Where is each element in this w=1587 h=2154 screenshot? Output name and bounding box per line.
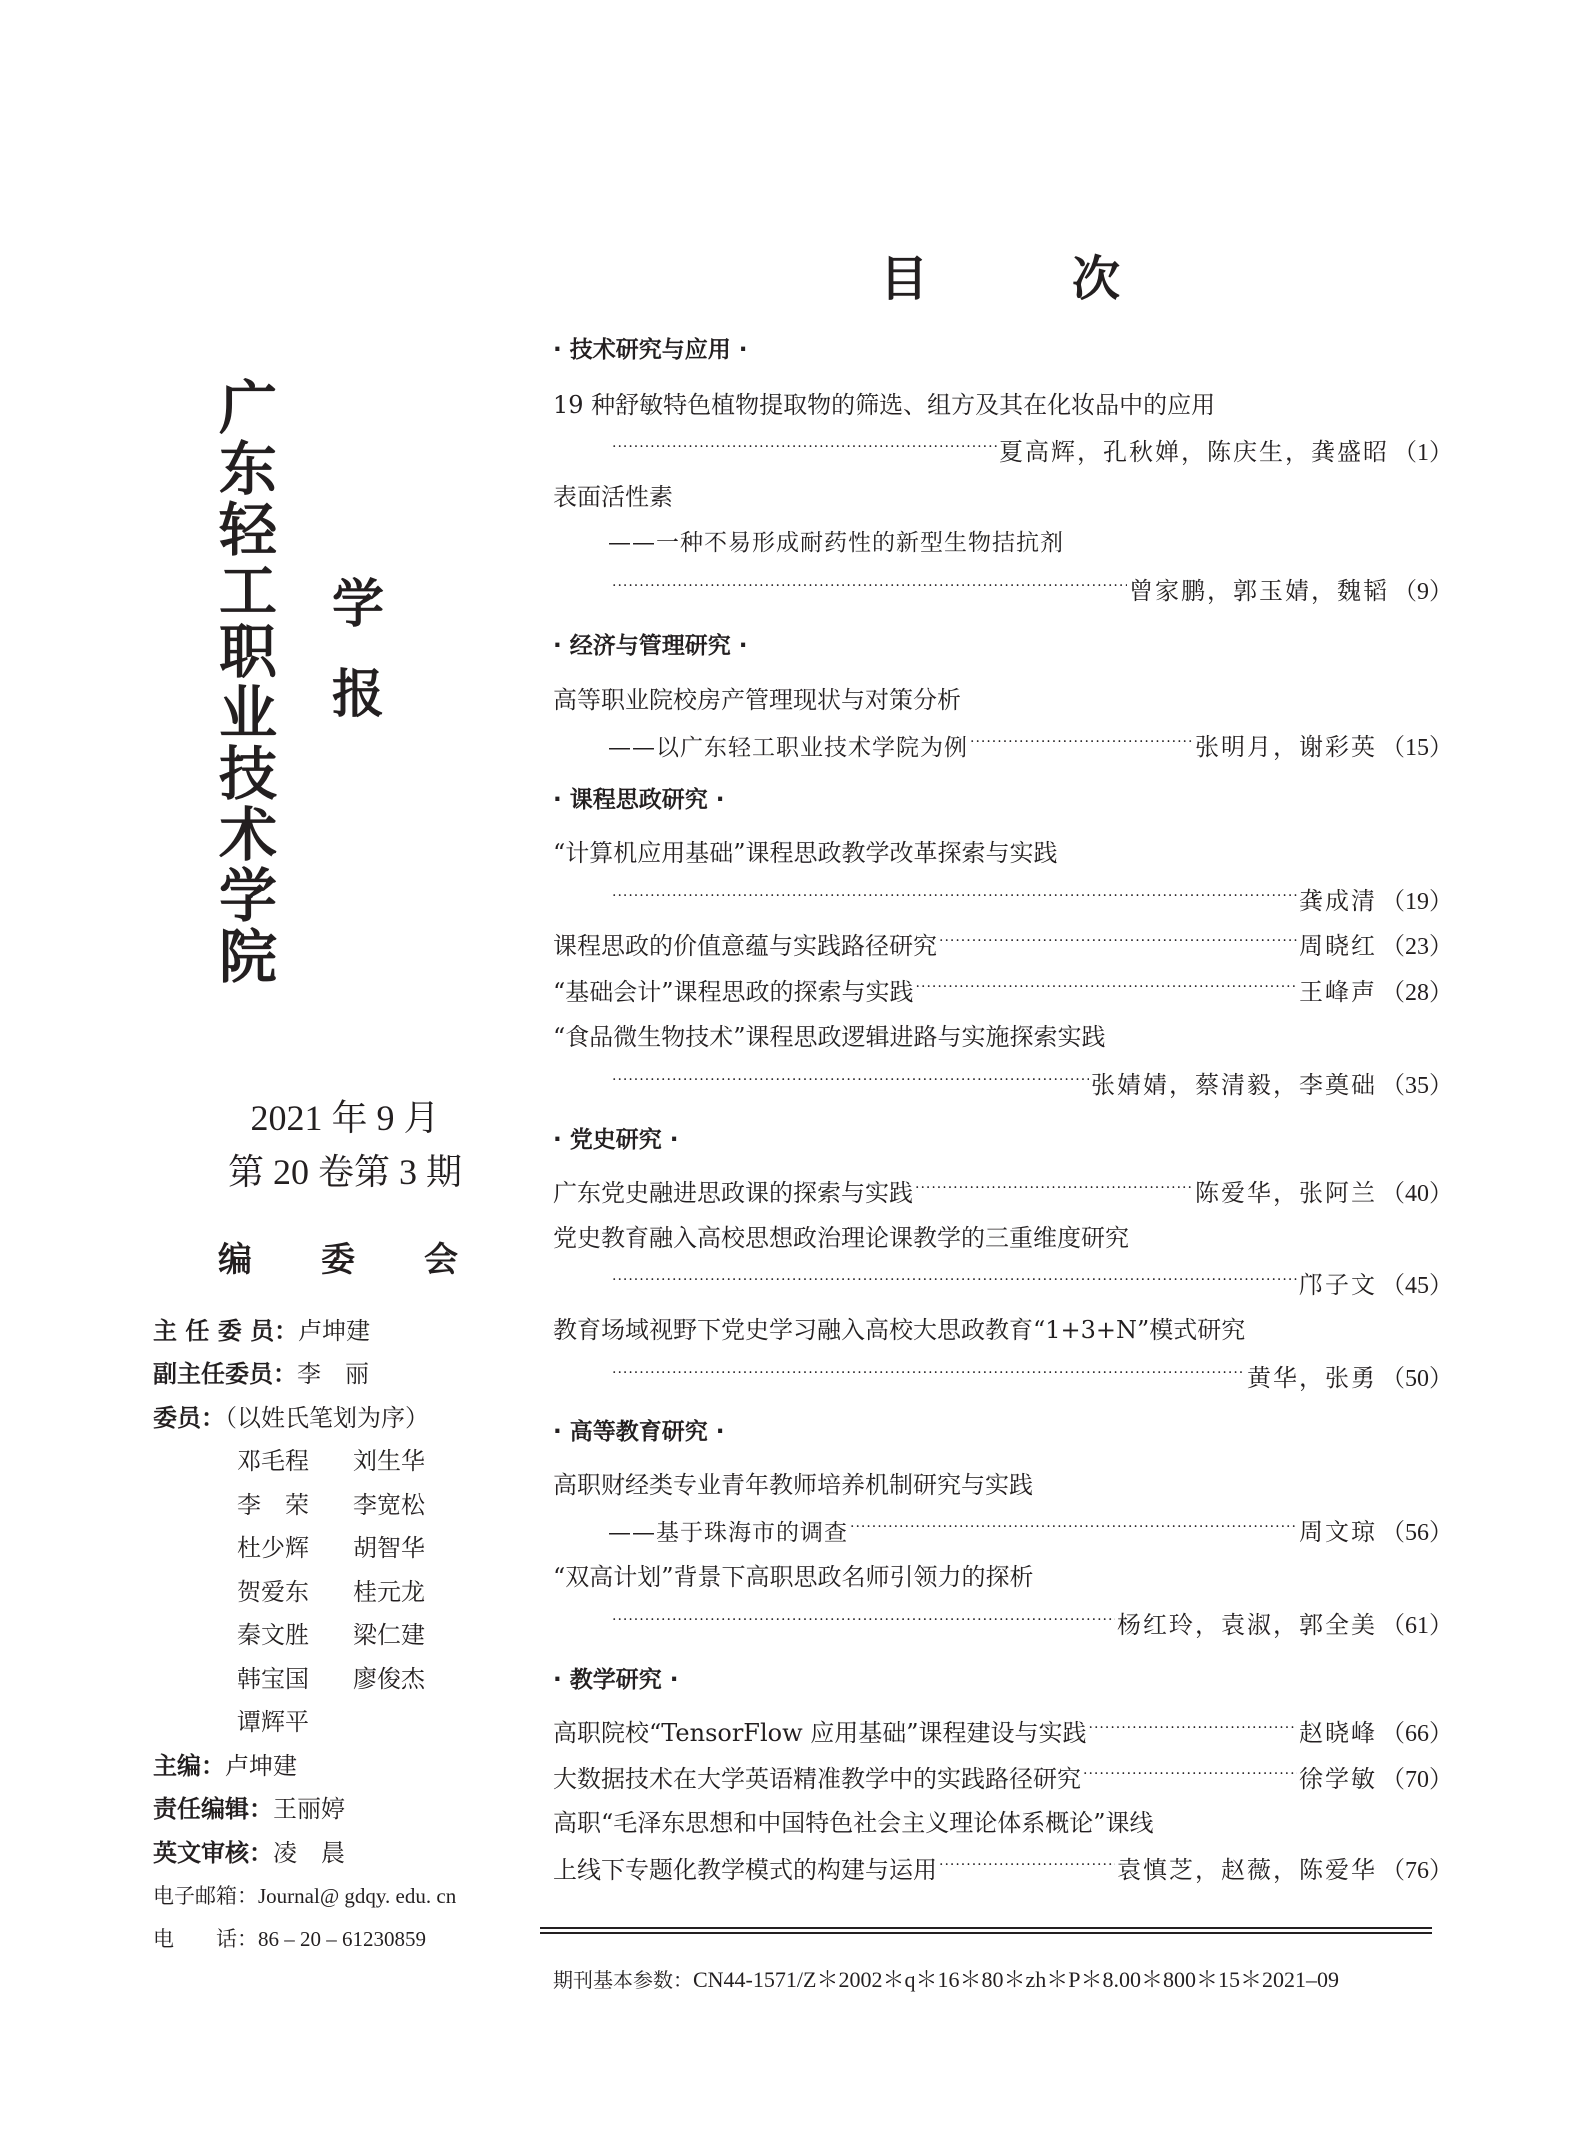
members-label: 委员：: [153, 1404, 225, 1432]
title-char: 技: [212, 744, 284, 805]
article-authors: 周文琼: [1299, 1517, 1377, 1547]
dot-leader: [916, 976, 1297, 1000]
article-title: 表面活性素: [553, 482, 673, 512]
deputy-row: 副主任委员：李 丽: [153, 1359, 369, 1389]
section-heading: · 技术研究与应用 ·: [553, 335, 748, 365]
toc-entry[interactable]: 高职院校“TensorFlow 应用基础”课程建设与实践 赵晓峰 （66）: [553, 1717, 1453, 1749]
toc-entry-title[interactable]: 高等职业院校房产管理现状与对策分析: [553, 685, 1453, 715]
toc-entry-authors[interactable]: 黄华，张勇 （50）: [610, 1362, 1453, 1394]
article-authors: 赵晓峰: [1299, 1718, 1377, 1748]
article-title: 高职院校“TensorFlow 应用基础”课程建设与实践: [553, 1718, 1087, 1748]
article-title: 广东党史融进思政课的探索与实践: [553, 1178, 913, 1208]
title-char: 轻: [212, 500, 284, 561]
toc-entry-title[interactable]: 党史教育融入高校思想政治理论课教学的三重维度研究: [553, 1223, 1453, 1253]
article-title: 大数据技术在大学英语精准教学中的实践路径研究: [553, 1764, 1081, 1794]
dot-leader: [850, 1516, 1297, 1540]
toc-entry-authors[interactable]: ——基于珠海市的调查 周文琼 （56）: [608, 1516, 1453, 1548]
toc-entry[interactable]: 上线下专题化教学模式的构建与运用 袁慎芝，赵薇，陈爱华 （76）: [553, 1854, 1453, 1886]
page-number: （56）: [1381, 1518, 1453, 1548]
email-value[interactable]: Journal@ gdqy. edu. cn: [258, 1884, 456, 1908]
article-authors: 曾家鹏，郭玉婧，魏韬: [1129, 576, 1389, 606]
responsible-editor-name: 王丽婷: [273, 1795, 345, 1823]
article-title: “食品微生物技术”课程思政逻辑进路与实施探索实践: [553, 1022, 1106, 1052]
article-authors: 邝子文: [1299, 1270, 1377, 1300]
chief-editor-label: 主编：: [153, 1752, 225, 1780]
members-note: （以姓氏笔划为序）: [225, 1404, 429, 1432]
chief-editor-name: 卢坤建: [225, 1752, 297, 1780]
member-name: 刘生华: [353, 1446, 469, 1476]
page-number: （9）: [1393, 577, 1453, 607]
director-label: 主 任 委 员：: [153, 1317, 298, 1345]
journal-suffix-xue: 学: [326, 575, 390, 635]
english-reviewer-row: 英文审核：凌 晨: [153, 1838, 345, 1868]
email-row: 电子邮箱：Journal@ gdqy. edu. cn: [153, 1882, 456, 1910]
responsible-editor-label: 责任编辑：: [153, 1795, 273, 1823]
double-rule-bottom: [540, 1932, 1432, 1934]
director-row: 主 任 委 员：卢坤建: [153, 1316, 370, 1346]
dot-leader: [939, 1854, 1115, 1878]
phone-row: 电 话：86 – 20 – 61230859: [153, 1925, 426, 1953]
toc-entry[interactable]: 广东党史融进思政课的探索与实践 陈爱华，张阿兰 （40）: [553, 1177, 1453, 1209]
page-number: （28）: [1381, 978, 1453, 1008]
page-number: （15）: [1381, 733, 1453, 763]
toc-entry-authors[interactable]: 张婧婧，蔡清毅，李奠础 （35）: [610, 1069, 1453, 1101]
article-title: 19 种舒敏特色植物提取物的筛选、组方及其在化妆品中的应用: [553, 390, 1215, 420]
dot-leader: [612, 1269, 1297, 1293]
email-label: 电子邮箱：: [153, 1884, 258, 1908]
toc-entry-authors[interactable]: 曾家鹏，郭玉婧，魏韬 （9）: [610, 575, 1453, 607]
member-name: 邓毛程: [237, 1446, 353, 1476]
journal-parameters: 期刊基本参数：CN44-1571/Z＊2002＊q＊16＊80＊zh＊P＊8.0…: [553, 1965, 1339, 1995]
article-title: 课程思政的价值意蕴与实践路径研究: [553, 931, 937, 961]
section-heading: · 经济与管理研究 ·: [553, 631, 748, 661]
member-row: 韩宝国廖俊杰: [237, 1664, 469, 1694]
article-subtitle: ——基于珠海市的调查: [608, 1518, 848, 1548]
members-row: 委员：（以姓氏笔划为序）: [153, 1403, 429, 1433]
page-number: （66）: [1381, 1719, 1453, 1749]
params-label: 期刊基本参数：: [553, 1968, 693, 1992]
member-name: 谭辉平: [237, 1707, 353, 1737]
toc-entry[interactable]: 课程思政的价值意蕴与实践路径研究 周晓红 （23）: [553, 930, 1453, 962]
page-number: （70）: [1381, 1765, 1453, 1795]
phone-label: 电 话：: [153, 1927, 258, 1951]
article-title: 党史教育融入高校思想政治理论课教学的三重维度研究: [553, 1223, 1129, 1253]
member-row: 秦文胜梁仁建: [237, 1620, 469, 1650]
member-name: 秦文胜: [237, 1620, 353, 1650]
article-title: 高职“毛泽东思想和中国特色社会主义理论体系概论”课线: [553, 1808, 1154, 1838]
title-char: 职: [212, 622, 284, 683]
page-number: （50）: [1381, 1364, 1453, 1394]
article-authors: 王峰声: [1299, 977, 1377, 1007]
page-number: （61）: [1381, 1611, 1453, 1641]
dot-leader: [612, 1609, 1115, 1633]
title-char: 学: [212, 866, 284, 927]
heading-char: 会: [424, 1232, 458, 1281]
member-name: 李 荣: [237, 1490, 353, 1520]
title-char: 术: [212, 805, 284, 866]
toc-entry-authors[interactable]: ——以广东轻工职业技术学院为例 张明月，谢彩英 （15）: [608, 731, 1453, 763]
responsible-editor-row: 责任编辑：王丽婷: [153, 1794, 345, 1824]
dot-leader: [612, 1362, 1245, 1386]
title-char: 广: [212, 378, 284, 439]
chief-editor-row: 主编：卢坤建: [153, 1751, 297, 1781]
member-name: 贺爱东: [237, 1577, 353, 1607]
toc-title-char: 目: [880, 240, 928, 309]
member-name: 韩宝国: [237, 1664, 353, 1694]
page-number: （45）: [1381, 1271, 1453, 1301]
member-name: 杜少辉: [237, 1533, 353, 1563]
dot-leader: [939, 930, 1297, 954]
issue-date: 2021 年 9 月: [200, 1098, 490, 1138]
section-heading: · 高等教育研究 ·: [553, 1417, 725, 1447]
article-authors: 张明月，谢彩英: [1195, 732, 1377, 762]
article-title: 高职财经类专业青年教师培养机制研究与实践: [553, 1470, 1033, 1500]
toc-entry-title[interactable]: 高职“毛泽东思想和中国特色社会主义理论体系概论”课线: [553, 1808, 1453, 1838]
toc-entry-title[interactable]: 高职财经类专业青年教师培养机制研究与实践: [553, 1470, 1453, 1500]
page-number: （19）: [1381, 887, 1453, 917]
article-authors: 杨红玲，袁淑，郭全美: [1117, 1610, 1377, 1640]
deputy-name: 李 丽: [297, 1360, 369, 1388]
article-subtitle: ——以广东轻工职业技术学院为例: [608, 733, 968, 763]
article-title: “双高计划”背景下高职思政名师引领力的探析: [553, 1562, 1034, 1592]
page-number: （76）: [1381, 1856, 1453, 1886]
title-char: 业: [212, 683, 284, 744]
heading-char: 编: [218, 1232, 252, 1281]
article-title: “计算机应用基础”课程思政教学改革探索与实践: [553, 838, 1058, 868]
article-title: “基础会计”课程思政的探索与实践: [553, 977, 914, 1007]
article-authors: 夏高辉，孔秋婵，陈庆生，龚盛昭: [999, 437, 1389, 467]
dot-leader: [612, 1069, 1089, 1093]
toc-entry-authors[interactable]: 夏高辉，孔秋婵，陈庆生，龚盛昭 （1）: [610, 436, 1453, 468]
toc-title: 目 次: [880, 240, 1120, 309]
heading-char: 委: [321, 1232, 355, 1281]
english-reviewer-label: 英文审核：: [153, 1839, 273, 1867]
page-number: （23）: [1381, 932, 1453, 962]
toc-entry-authors[interactable]: 邝子文 （45）: [610, 1269, 1453, 1301]
member-row: 李 荣李宽松: [237, 1490, 469, 1520]
toc-title-char: 次: [1072, 240, 1120, 309]
article-title-line2: 上线下专题化教学模式的构建与运用: [553, 1855, 937, 1885]
journal-suffix-bao: 报: [326, 665, 390, 725]
toc-entry-title[interactable]: 表面活性素: [553, 482, 1453, 512]
dot-leader: [612, 436, 997, 460]
phone-value: 86 – 20 – 61230859: [258, 1927, 426, 1951]
dot-leader: [612, 575, 1127, 599]
toc-entry-title[interactable]: “食品微生物技术”课程思政逻辑进路与实施探索实践: [553, 1022, 1453, 1052]
dot-leader: [1089, 1717, 1297, 1741]
title-char: 工: [212, 561, 284, 622]
article-authors: 徐学敏: [1299, 1764, 1377, 1794]
article-title: 教育场域视野下党史学习融入高校大思政教育“1+3+N”模式研究: [553, 1315, 1245, 1345]
member-row: 邓毛程刘生华: [237, 1446, 469, 1476]
article-authors: 周晓红: [1299, 931, 1377, 961]
params-value: CN44-1571/Z＊2002＊q＊16＊80＊zh＊P＊8.00＊800＊1…: [693, 1967, 1339, 1992]
member-name: 胡智华: [353, 1533, 469, 1563]
member-name: 梁仁建: [353, 1620, 469, 1650]
double-rule-top: [540, 1927, 1432, 1929]
dot-leader: [612, 885, 1297, 909]
article-authors: 张婧婧，蔡清毅，李奠础: [1091, 1070, 1377, 1100]
dot-leader: [915, 1177, 1193, 1201]
section-heading: · 教学研究 ·: [553, 1665, 679, 1695]
toc-entry-title[interactable]: “双高计划”背景下高职思政名师引领力的探析: [553, 1562, 1453, 1592]
toc-entry-title[interactable]: “计算机应用基础”课程思政教学改革探索与实践: [553, 838, 1453, 868]
page-number: （40）: [1381, 1179, 1453, 1209]
article-authors: 陈爱华，张阿兰: [1195, 1178, 1377, 1208]
article-title: 高等职业院校房产管理现状与对策分析: [553, 685, 961, 715]
toc-entry-authors[interactable]: 杨红玲，袁淑，郭全美 （61）: [610, 1609, 1453, 1641]
section-heading: · 课程思政研究 ·: [553, 785, 725, 815]
journal-title-vertical: 广 东 轻 工 职 业 技 术 学 院: [212, 378, 284, 988]
director-name: 卢坤建: [298, 1317, 370, 1345]
toc-entry[interactable]: “基础会计”课程思政的探索与实践 王峰声 （28）: [553, 976, 1453, 1008]
english-reviewer-name: 凌 晨: [273, 1839, 345, 1867]
toc-entry[interactable]: 大数据技术在大学英语精准教学中的实践路径研究 徐学敏 （70）: [553, 1763, 1453, 1795]
member-row: 谭辉平: [237, 1707, 469, 1737]
toc-entry-authors[interactable]: 龚成清 （19）: [610, 885, 1453, 917]
article-authors: 龚成清: [1299, 886, 1377, 916]
dot-leader: [970, 731, 1193, 755]
page-number: （1）: [1393, 438, 1453, 468]
article-authors: 黄华，张勇: [1247, 1363, 1377, 1393]
article-subtitle: ——一种不易形成耐药性的新型生物拮抗剂: [608, 528, 1064, 558]
toc-entry-title[interactable]: 19 种舒敏特色植物提取物的筛选、组方及其在化妆品中的应用: [553, 390, 1453, 420]
volume-issue: 第 20 卷第 3 期: [200, 1152, 490, 1192]
editorial-board-heading: 编 委 会: [218, 1232, 458, 1281]
member-name: 廖俊杰: [353, 1664, 469, 1694]
dot-leader: [1083, 1763, 1297, 1787]
page-number: （35）: [1381, 1071, 1453, 1101]
section-heading: · 党史研究 ·: [553, 1125, 679, 1155]
title-char: 东: [212, 439, 284, 500]
title-char: 院: [212, 927, 284, 988]
member-row: 贺爱东桂元龙: [237, 1577, 469, 1607]
member-row: 杜少辉胡智华: [237, 1533, 469, 1563]
deputy-label: 副主任委员：: [153, 1360, 297, 1388]
toc-entry-title[interactable]: 教育场域视野下党史学习融入高校大思政教育“1+3+N”模式研究: [553, 1315, 1453, 1345]
member-name: 李宽松: [353, 1490, 469, 1520]
article-authors: 袁慎芝，赵薇，陈爱华: [1117, 1855, 1377, 1885]
member-name: 桂元龙: [353, 1577, 469, 1607]
